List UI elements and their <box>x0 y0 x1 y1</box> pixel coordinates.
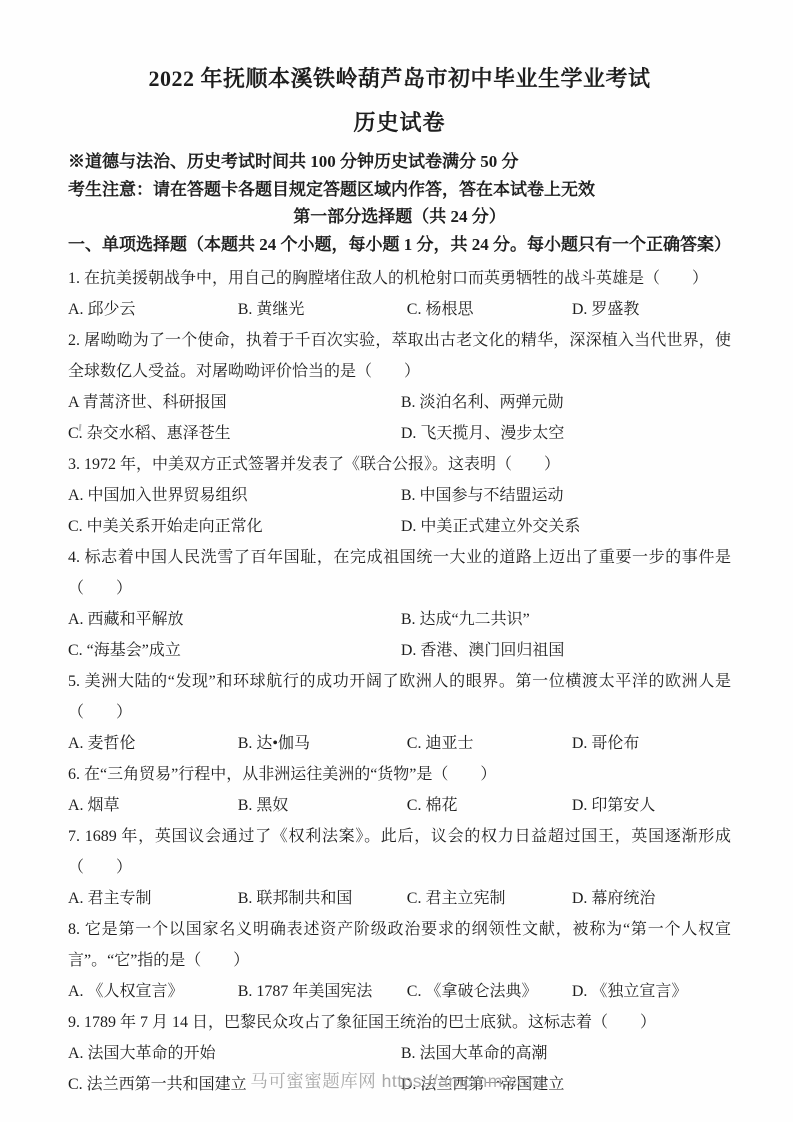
question-5: 5. 美洲大陆的“发现”和环球航行的成功开阔了欧洲人的眼界。第一位横渡太平洋的欧… <box>68 666 731 759</box>
question-5-option-b: B. 达•伽马 <box>238 728 407 759</box>
exam-title: 2022 年抚顺本溪铁岭葫芦岛市初中毕业生学业考试 <box>68 64 731 94</box>
question-8-option-c: C. 《拿破仑法典》 <box>407 976 572 1007</box>
question-2: 2. 屠呦呦为了一个使命，执着于千百次实验，萃取出古老文化的精华，深深植入当代世… <box>68 325 731 449</box>
question-2-stem: 2. 屠呦呦为了一个使命，执着于千百次实验，萃取出古老文化的精华，深深植入当代世… <box>68 325 731 387</box>
question-6-stem: 6. 在“三角贸易”行程中，从非洲运往美洲的“货物”是（ ） <box>68 759 731 790</box>
question-6-option-b: B. 黑奴 <box>238 790 407 821</box>
question-1-option-c: C. 杨根思 <box>407 294 572 325</box>
section-heading: 第一部分选择题（共 24 分） <box>68 203 731 231</box>
question-1-option-d: D. 罗盛教 <box>572 294 731 325</box>
exam-content: 2022 年抚顺本溪铁岭葫芦岛市初中毕业生学业考试 历史试卷 ※道德与法治、历史… <box>0 0 793 1100</box>
question-4-option-c: C. “海基会”成立 <box>68 635 401 666</box>
question-9-option-b: B. 法国大革命的高潮 <box>401 1038 731 1069</box>
question-1-stem: 1. 在抗美援朝战争中，用自己的胸膛堵住敌人的机枪射口而英勇牺牲的战斗英雄是（ … <box>68 263 731 294</box>
question-5-option-d: D. 哥伦布 <box>572 728 731 759</box>
question-5-option-c: C. 迪亚士 <box>407 728 572 759</box>
question-3-options: A. 中国加入世界贸易组织B. 中国参与不结盟运动C. 中美关系开始走向正常化D… <box>68 480 731 542</box>
question-8-option-b: B. 1787 年美国宪法 <box>238 976 407 1007</box>
question-1-option-b: B. 黄继光 <box>238 294 407 325</box>
question-5-stem: 5. 美洲大陆的“发现”和环球航行的成功开阔了欧洲人的眼界。第一位横渡太平洋的欧… <box>68 666 731 728</box>
question-2-option-c: C. 杂交水稻、惠泽苍生 <box>68 418 401 449</box>
question-3-option-b: B. 中国参与不结盟运动 <box>401 480 731 511</box>
question-8-options: A. 《人权宣言》B. 1787 年美国宪法C. 《拿破仑法典》D. 《独立宣言… <box>68 976 731 1007</box>
question-4-options: A. 西藏和平解放B. 达成“九二共识”C. “海基会”成立D. 香港、澳门回归… <box>68 604 731 666</box>
question-3: 3. 1972 年，中美双方正式签署并发表了《联合公报》。这表明（ ）A. 中国… <box>68 449 731 542</box>
question-7: 7. 1689 年，英国议会通过了《权利法案》。此后，议会的权力日益超过国王，英… <box>68 821 731 914</box>
question-4-option-d: D. 香港、澳门回归祖国 <box>401 635 731 666</box>
question-5-option-a: A. 麦哲伦 <box>68 728 238 759</box>
question-1-options: A. 邱少云B. 黄继光C. 杨根思D. 罗盛教 <box>68 294 731 325</box>
question-4-option-b: B. 达成“九二共识” <box>401 604 731 635</box>
question-8-option-d: D. 《独立宣言》 <box>572 976 731 1007</box>
question-2-options: A 青蒿济世、科研报国B. 淡泊名利、两弹元勋C. 杂交水稻、惠泽苍生D. 飞天… <box>68 387 731 449</box>
question-9-stem: 9. 1789 年 7 月 14 日，巴黎民众攻占了象征国王统治的巴士底狱。这标… <box>68 1007 731 1038</box>
question-1-option-a: A. 邱少云 <box>68 294 238 325</box>
question-6-option-a: A. 烟草 <box>68 790 238 821</box>
notice-candidate-instructions: 考生注意：请在答题卡各题目规定答题区域内作答，答在本试卷上无效 <box>68 176 731 204</box>
question-5-options: A. 麦哲伦B. 达•伽马C. 迪亚士D. 哥伦布 <box>68 728 731 759</box>
exam-subtitle: 历史试卷 <box>68 108 731 138</box>
question-7-option-c: C. 君主立宪制 <box>407 883 572 914</box>
question-8-stem: 8. 它是第一个以国家名义明确表述资产阶级政治要求的纲领性文献，被称为“第一个人… <box>68 914 731 976</box>
question-4-option-a: A. 西藏和平解放 <box>68 604 401 635</box>
question-8-option-a: A. 《人权宣言》 <box>68 976 238 1007</box>
question-3-option-c: C. 中美关系开始走向正常化 <box>68 511 401 542</box>
question-list: 1. 在抗美援朝战争中，用自己的胸膛堵住敌人的机枪射口而英勇牺牲的战斗英雄是（ … <box>68 263 731 1100</box>
question-6: 6. 在“三角贸易”行程中，从非洲运往美洲的“货物”是（ ）A. 烟草B. 黑奴… <box>68 759 731 821</box>
question-4-stem: 4. 标志着中国人民洗雪了百年国耻，在完成祖国统一大业的道路上迈出了重要一步的事… <box>68 542 731 604</box>
notice-exam-duration-score: ※道德与法治、历史考试时间共 100 分钟历史试卷满分 50 分 <box>68 148 731 176</box>
watermark: 马可蜜蜜题库网 https://amcmm.com <box>0 1068 793 1093</box>
question-8: 8. 它是第一个以国家名义明确表述资产阶级政治要求的纲领性文献，被称为“第一个人… <box>68 914 731 1007</box>
question-9-option-a: A. 法国大革命的开始 <box>68 1038 401 1069</box>
question-1: 1. 在抗美援朝战争中，用自己的胸膛堵住敌人的机枪射口而英勇牺牲的战斗英雄是（ … <box>68 263 731 325</box>
section-intro: 一、单项选择题（本题共 24 个小题，每小题 1 分，共 24 分。每小题只有一… <box>68 231 731 259</box>
question-7-option-a: A. 君主专制 <box>68 883 238 914</box>
question-2-option-d: D. 飞天揽月、漫步太空 <box>401 418 731 449</box>
question-3-option-d: D. 中美正式建立外交关系 <box>401 511 731 542</box>
question-7-options: A. 君主专制B. 联邦制共和国C. 君主立宪制D. 幕府统治 <box>68 883 731 914</box>
question-6-option-c: C. 棉花 <box>407 790 572 821</box>
exam-paper-page: 2022 年抚顺本溪铁岭葫芦岛市初中毕业生学业考试 历史试卷 ※道德与法治、历史… <box>0 0 793 1122</box>
question-2-option-b: B. 淡泊名利、两弹元勋 <box>401 387 731 418</box>
question-7-option-d: D. 幕府统治 <box>572 883 731 914</box>
question-7-stem: 7. 1689 年，英国议会通过了《权利法案》。此后，议会的权力日益超过国王，英… <box>68 821 731 883</box>
question-6-option-d: D. 印第安人 <box>572 790 731 821</box>
question-4: 4. 标志着中国人民洗雪了百年国耻，在完成祖国统一大业的道路上迈出了重要一步的事… <box>68 542 731 666</box>
question-3-option-a: A. 中国加入世界贸易组织 <box>68 480 401 511</box>
question-3-stem: 3. 1972 年，中美双方正式签署并发表了《联合公报》。这表明（ ） <box>68 449 731 480</box>
question-7-option-b: B. 联邦制共和国 <box>238 883 407 914</box>
question-6-options: A. 烟草B. 黑奴C. 棉花D. 印第安人 <box>68 790 731 821</box>
question-2-option-a: A 青蒿济世、科研报国 <box>68 387 401 418</box>
